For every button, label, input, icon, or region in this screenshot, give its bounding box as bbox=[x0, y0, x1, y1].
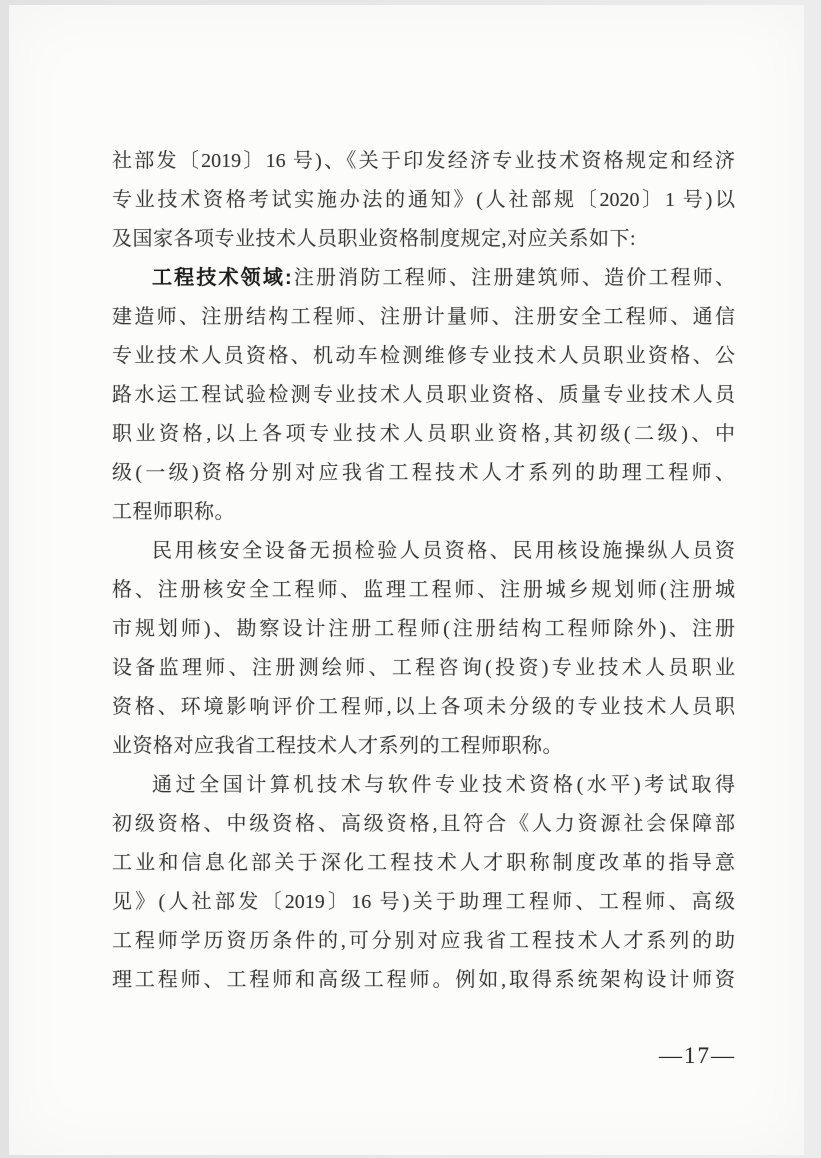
text-line: 及国家各项专业技术人员职业资格制度规定,对应关系如下: bbox=[112, 220, 735, 259]
text-line: 建造师、注册结构工程师、注册计量师、注册安全工程师、通信 bbox=[112, 298, 735, 337]
text-line: 见》(人社部发〔2019〕16 号)关于助理工程师、工程师、高级 bbox=[112, 883, 735, 922]
page-number: —17— bbox=[659, 1043, 736, 1069]
text-line: 专业技术资格考试实施办法的通知》(人社部规〔2020〕1 号)以 bbox=[112, 181, 735, 220]
text-line: 社部发〔2019〕16 号)、《关于印发经济专业技术资格规定和经济 bbox=[112, 142, 735, 181]
document-page: 社部发〔2019〕16 号)、《关于印发经济专业技术资格规定和经济专业技术资格考… bbox=[9, 5, 804, 1155]
text-line: 路水运工程试验检测专业技术人员职业资格、质量专业技术人员 bbox=[112, 376, 735, 415]
scan-background: 社部发〔2019〕16 号)、《关于印发经济专业技术资格规定和经济专业技术资格考… bbox=[0, 0, 821, 1158]
text-line: 工业和信息化部关于深化工程技术人才职称制度改革的指导意 bbox=[112, 844, 735, 883]
text-line: 格、注册核安全工程师、监理工程师、注册城乡规划师(注册城 bbox=[112, 571, 735, 610]
text-line: 工程技术领域:注册消防工程师、注册建筑师、造价工程师、 bbox=[112, 259, 735, 298]
text-line: 民用核安全设备无损检验人员资格、民用核设施操纵人员资 bbox=[112, 532, 735, 571]
text-line: 专业技术人员资格、机动车检测维修专业技术人员职业资格、公 bbox=[112, 337, 735, 376]
text-line: 职业资格,以上各项专业技术人员职业资格,其初级(二级)、中 bbox=[112, 415, 735, 454]
text-line: 业资格对应我省工程技术人才系列的工程师职称。 bbox=[112, 727, 735, 766]
text-block: 社部发〔2019〕16 号)、《关于印发经济专业技术资格规定和经济专业技术资格考… bbox=[112, 142, 735, 1000]
text-line: 工程师职称。 bbox=[112, 493, 735, 532]
text-line: 级(一级)资格分别对应我省工程技术人才系列的助理工程师、 bbox=[112, 454, 735, 493]
text-line: 通过全国计算机技术与软件专业技术资格(水平)考试取得 bbox=[112, 766, 735, 805]
text-line: 理工程师、工程师和高级工程师。例如,取得系统架构设计师资 bbox=[112, 961, 735, 1000]
para-engineering-field: 工程技术领域:注册消防工程师、注册建筑师、造价工程师、建造师、注册结构工程师、注… bbox=[112, 259, 735, 532]
text-line: 资格、环境影响评价工程师,以上各项未分级的专业技术人员职 bbox=[112, 688, 735, 727]
text-line: 市规划师)、勘察设计注册工程师(注册结构工程师除外)、注册 bbox=[112, 610, 735, 649]
para-computer-software: 通过全国计算机技术与软件专业技术资格(水平)考试取得初级资格、中级资格、高级资格… bbox=[112, 766, 735, 1000]
text-line: 设备监理师、注册测绘师、工程咨询(投资)专业技术人员职业 bbox=[112, 649, 735, 688]
text-line: 工程师学历资历条件的,可分别对应我省工程技术人才系列的助 bbox=[112, 922, 735, 961]
para-continuation-intro: 社部发〔2019〕16 号)、《关于印发经济专业技术资格规定和经济专业技术资格考… bbox=[112, 142, 735, 259]
text-line: 初级资格、中级资格、高级资格,且符合《人力资源社会保障部 bbox=[112, 805, 735, 844]
section-heading-bold: 工程技术领域: bbox=[152, 267, 292, 289]
para-nuclear-ungraded: 民用核安全设备无损检验人员资格、民用核设施操纵人员资格、注册核安全工程师、监理工… bbox=[112, 532, 735, 766]
